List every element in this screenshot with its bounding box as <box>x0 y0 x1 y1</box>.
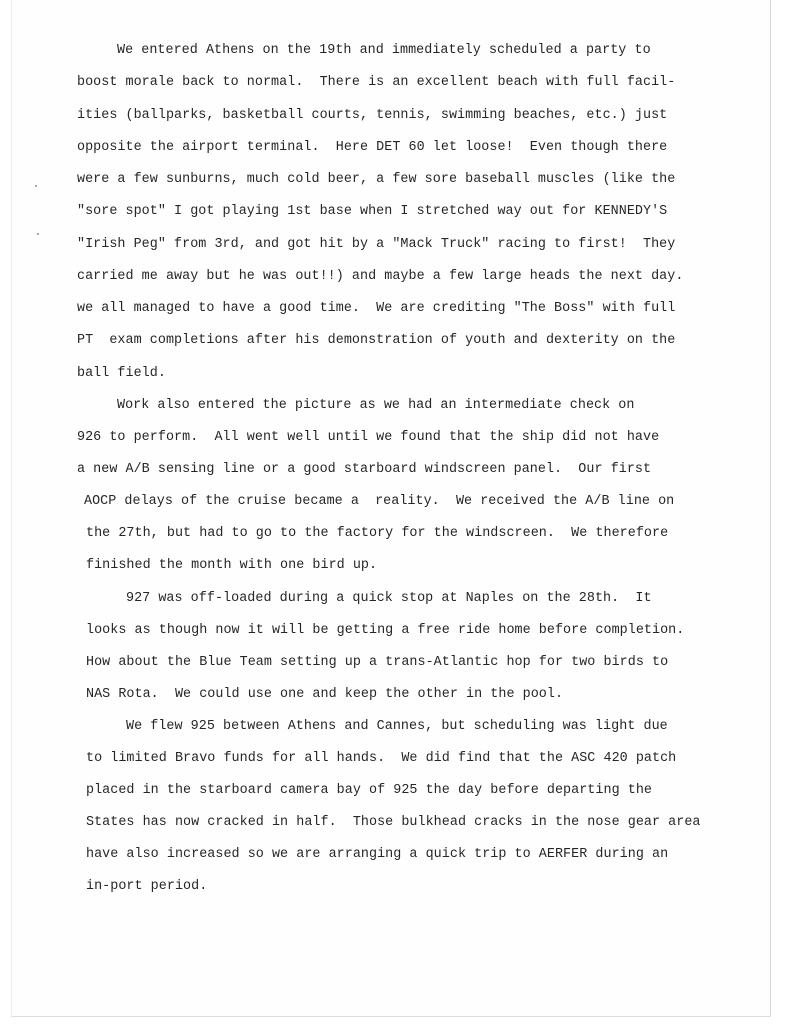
text-line: ities (ballparks, basketball courts, ten… <box>77 108 667 124</box>
text-line: finished the month with one bird up. <box>86 558 377 574</box>
text-line: We entered Athens on the 19th and immedi… <box>117 43 651 59</box>
text-line: States has now cracked in half. Those bu… <box>86 815 701 831</box>
text-line: PT exam completions after his demonstrat… <box>77 333 675 349</box>
text-line: We flew 925 between Athens and Cannes, b… <box>126 719 668 735</box>
text-line: "sore spot" I got playing 1st base when … <box>77 204 667 220</box>
text-line: boost morale back to normal. There is an… <box>77 75 675 91</box>
text-line: ball field. <box>77 366 166 382</box>
text-line: in-port period. <box>86 879 207 895</box>
text-line: NAS Rota. We could use one and keep the … <box>86 687 563 703</box>
text-line: we all managed to have a good time. We a… <box>77 301 675 317</box>
text-line: a new A/B sensing line or a good starboa… <box>77 462 651 478</box>
text-line: How about the Blue Team setting up a tra… <box>86 655 668 671</box>
text-line: AOCP delays of the cruise became a reali… <box>84 494 674 510</box>
text-line: placed in the starboard camera bay of 92… <box>86 783 652 799</box>
text-line: were a few sunburns, much cold beer, a f… <box>77 172 675 188</box>
text-line: carried me away but he was out!!) and ma… <box>77 269 683 285</box>
text-line: the 27th, but had to go to the factory f… <box>86 526 668 542</box>
text-line: "Irish Peg" from 3rd, and got hit by a "… <box>77 237 675 253</box>
text-line: Work also entered the picture as we had … <box>117 398 634 414</box>
text-line: opposite the airport terminal. Here DET … <box>77 140 667 156</box>
text-line: looks as though now it will be getting a… <box>86 623 684 639</box>
text-line: to limited Bravo funds for all hands. We… <box>86 751 676 767</box>
typewritten-page: We entered Athens on the 19th and immedi… <box>11 0 771 1017</box>
text-line: have also increased so we are arranging … <box>86 847 668 863</box>
text-line: 926 to perform. All went well until we f… <box>77 430 659 446</box>
scan-speck <box>35 185 37 187</box>
scan-speck <box>37 233 39 235</box>
text-line: 927 was off-loaded during a quick stop a… <box>126 591 652 607</box>
